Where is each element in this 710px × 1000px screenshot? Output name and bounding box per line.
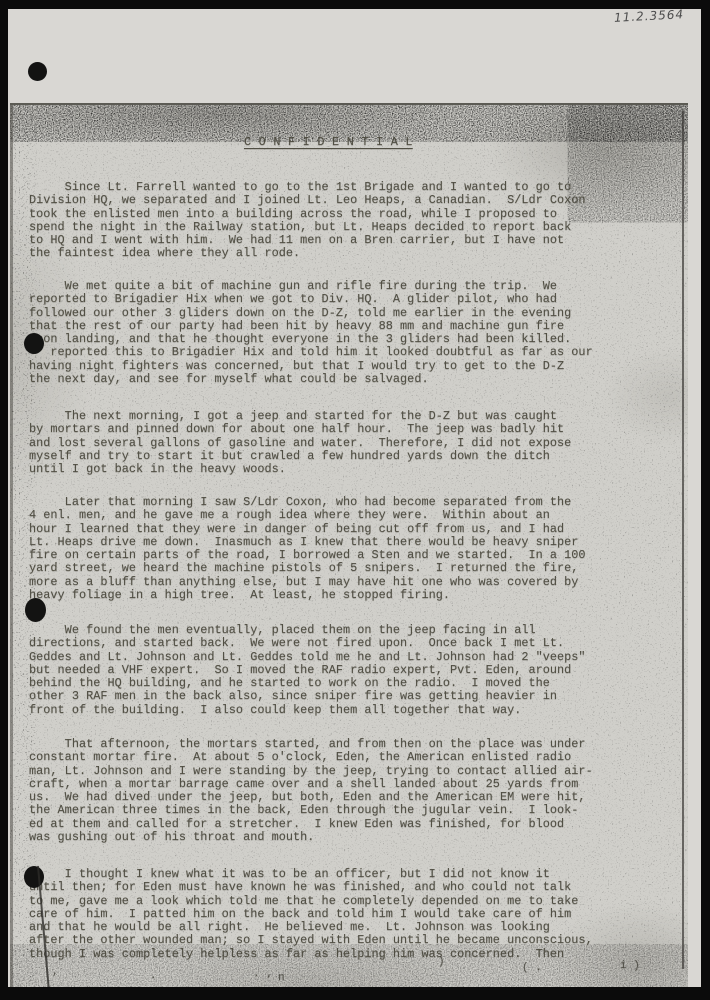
- text-line: reported to Brigadier Hix when we got to…: [29, 293, 593, 306]
- text-line: was gushing out of his throat and mouth.: [29, 831, 593, 844]
- scanner-frame-top: [0, 0, 710, 9]
- stray-mark: ( .: [522, 962, 542, 975]
- text-line: 4 enl. men, and he gave me a rough idea …: [29, 509, 586, 522]
- text-line: Geddes and Lt. Johnson and Lt. Geddes to…: [29, 651, 586, 664]
- text-line: until then; for Eden must have known he …: [29, 881, 593, 894]
- typewritten-text: C O N F I D E N T I A L Since Lt. Farrel…: [0, 0, 710, 1000]
- text-line: after the other wounded man; so I stayed…: [29, 934, 593, 947]
- text-line: the faintest idea where they all rode.: [29, 247, 586, 260]
- paragraph: Later that morning I saw S/Ldr Coxon, wh…: [29, 496, 586, 602]
- paragraph: That afternoon, the mortars started, and…: [29, 738, 593, 844]
- hole-punch: [24, 866, 44, 888]
- text-line: followed our other 3 gliders down on the…: [29, 307, 593, 320]
- stray-mark: ): [438, 956, 445, 969]
- paragraph: We met quite a bit of machine gun and ri…: [29, 280, 593, 386]
- text-line: the next day, and see for myself what co…: [29, 373, 593, 386]
- text-line: other 3 RAF men in the back also, since …: [29, 690, 586, 703]
- text-line: though I was completely helpless as far …: [29, 948, 593, 961]
- paragraph: I thought I knew what it was to be an of…: [29, 868, 593, 961]
- text-line: man, Lt. Johnson and I were standing by …: [29, 765, 593, 778]
- scanner-frame-right: [701, 0, 710, 1000]
- text-line: took the enlisted men into a building ac…: [29, 208, 586, 221]
- text-line: Division HQ, we separated and I joined L…: [29, 194, 586, 207]
- scanner-frame-left: [0, 0, 8, 1000]
- stray-mark: .: [150, 970, 157, 983]
- hole-punch: [28, 62, 47, 81]
- scanner-frame-bottom: [0, 987, 710, 1000]
- stray-mark: n: [278, 972, 285, 985]
- text-line: yard street, we heard the machine pistol…: [29, 562, 586, 575]
- classification-heading: C O N F I D E N T I A L: [244, 136, 413, 149]
- text-line: hour I learned that they were in danger …: [29, 523, 586, 536]
- paragraph: The next morning, I got a jeep and start…: [29, 410, 571, 476]
- paragraph: We found the men eventually, placed them…: [29, 624, 586, 717]
- text-line: directions, and started back. We were no…: [29, 637, 586, 650]
- text-line: until I got back in the heavy woods.: [29, 463, 571, 476]
- stray-mark: i ): [620, 960, 640, 973]
- text-line: and lost several gallons of gasoline and…: [29, 437, 571, 450]
- text-line: heavy foliage in a high tree. At least, …: [29, 589, 586, 602]
- hole-punch: [24, 333, 44, 354]
- hole-punch: [25, 598, 46, 622]
- scanned-document: 11.2.3564 C O N F I D E N T I A L: [0, 0, 710, 1000]
- paragraph: Since Lt. Farrell wanted to go to the 1s…: [29, 181, 586, 261]
- text-line: reported this to Brigadier Hix and told …: [29, 346, 593, 359]
- stray-mark: ,: [52, 966, 59, 979]
- text-line: the American three times in the back, Ed…: [29, 804, 593, 817]
- stray-mark: . ,: [253, 968, 273, 981]
- text-line: constant mortar fire. At about 5 o'clock…: [29, 751, 593, 764]
- text-line: by mortars and pinned down for about one…: [29, 423, 571, 436]
- text-line: front of the building. I also could keep…: [29, 704, 586, 717]
- text-line: to me, gave me a look which told me that…: [29, 895, 593, 908]
